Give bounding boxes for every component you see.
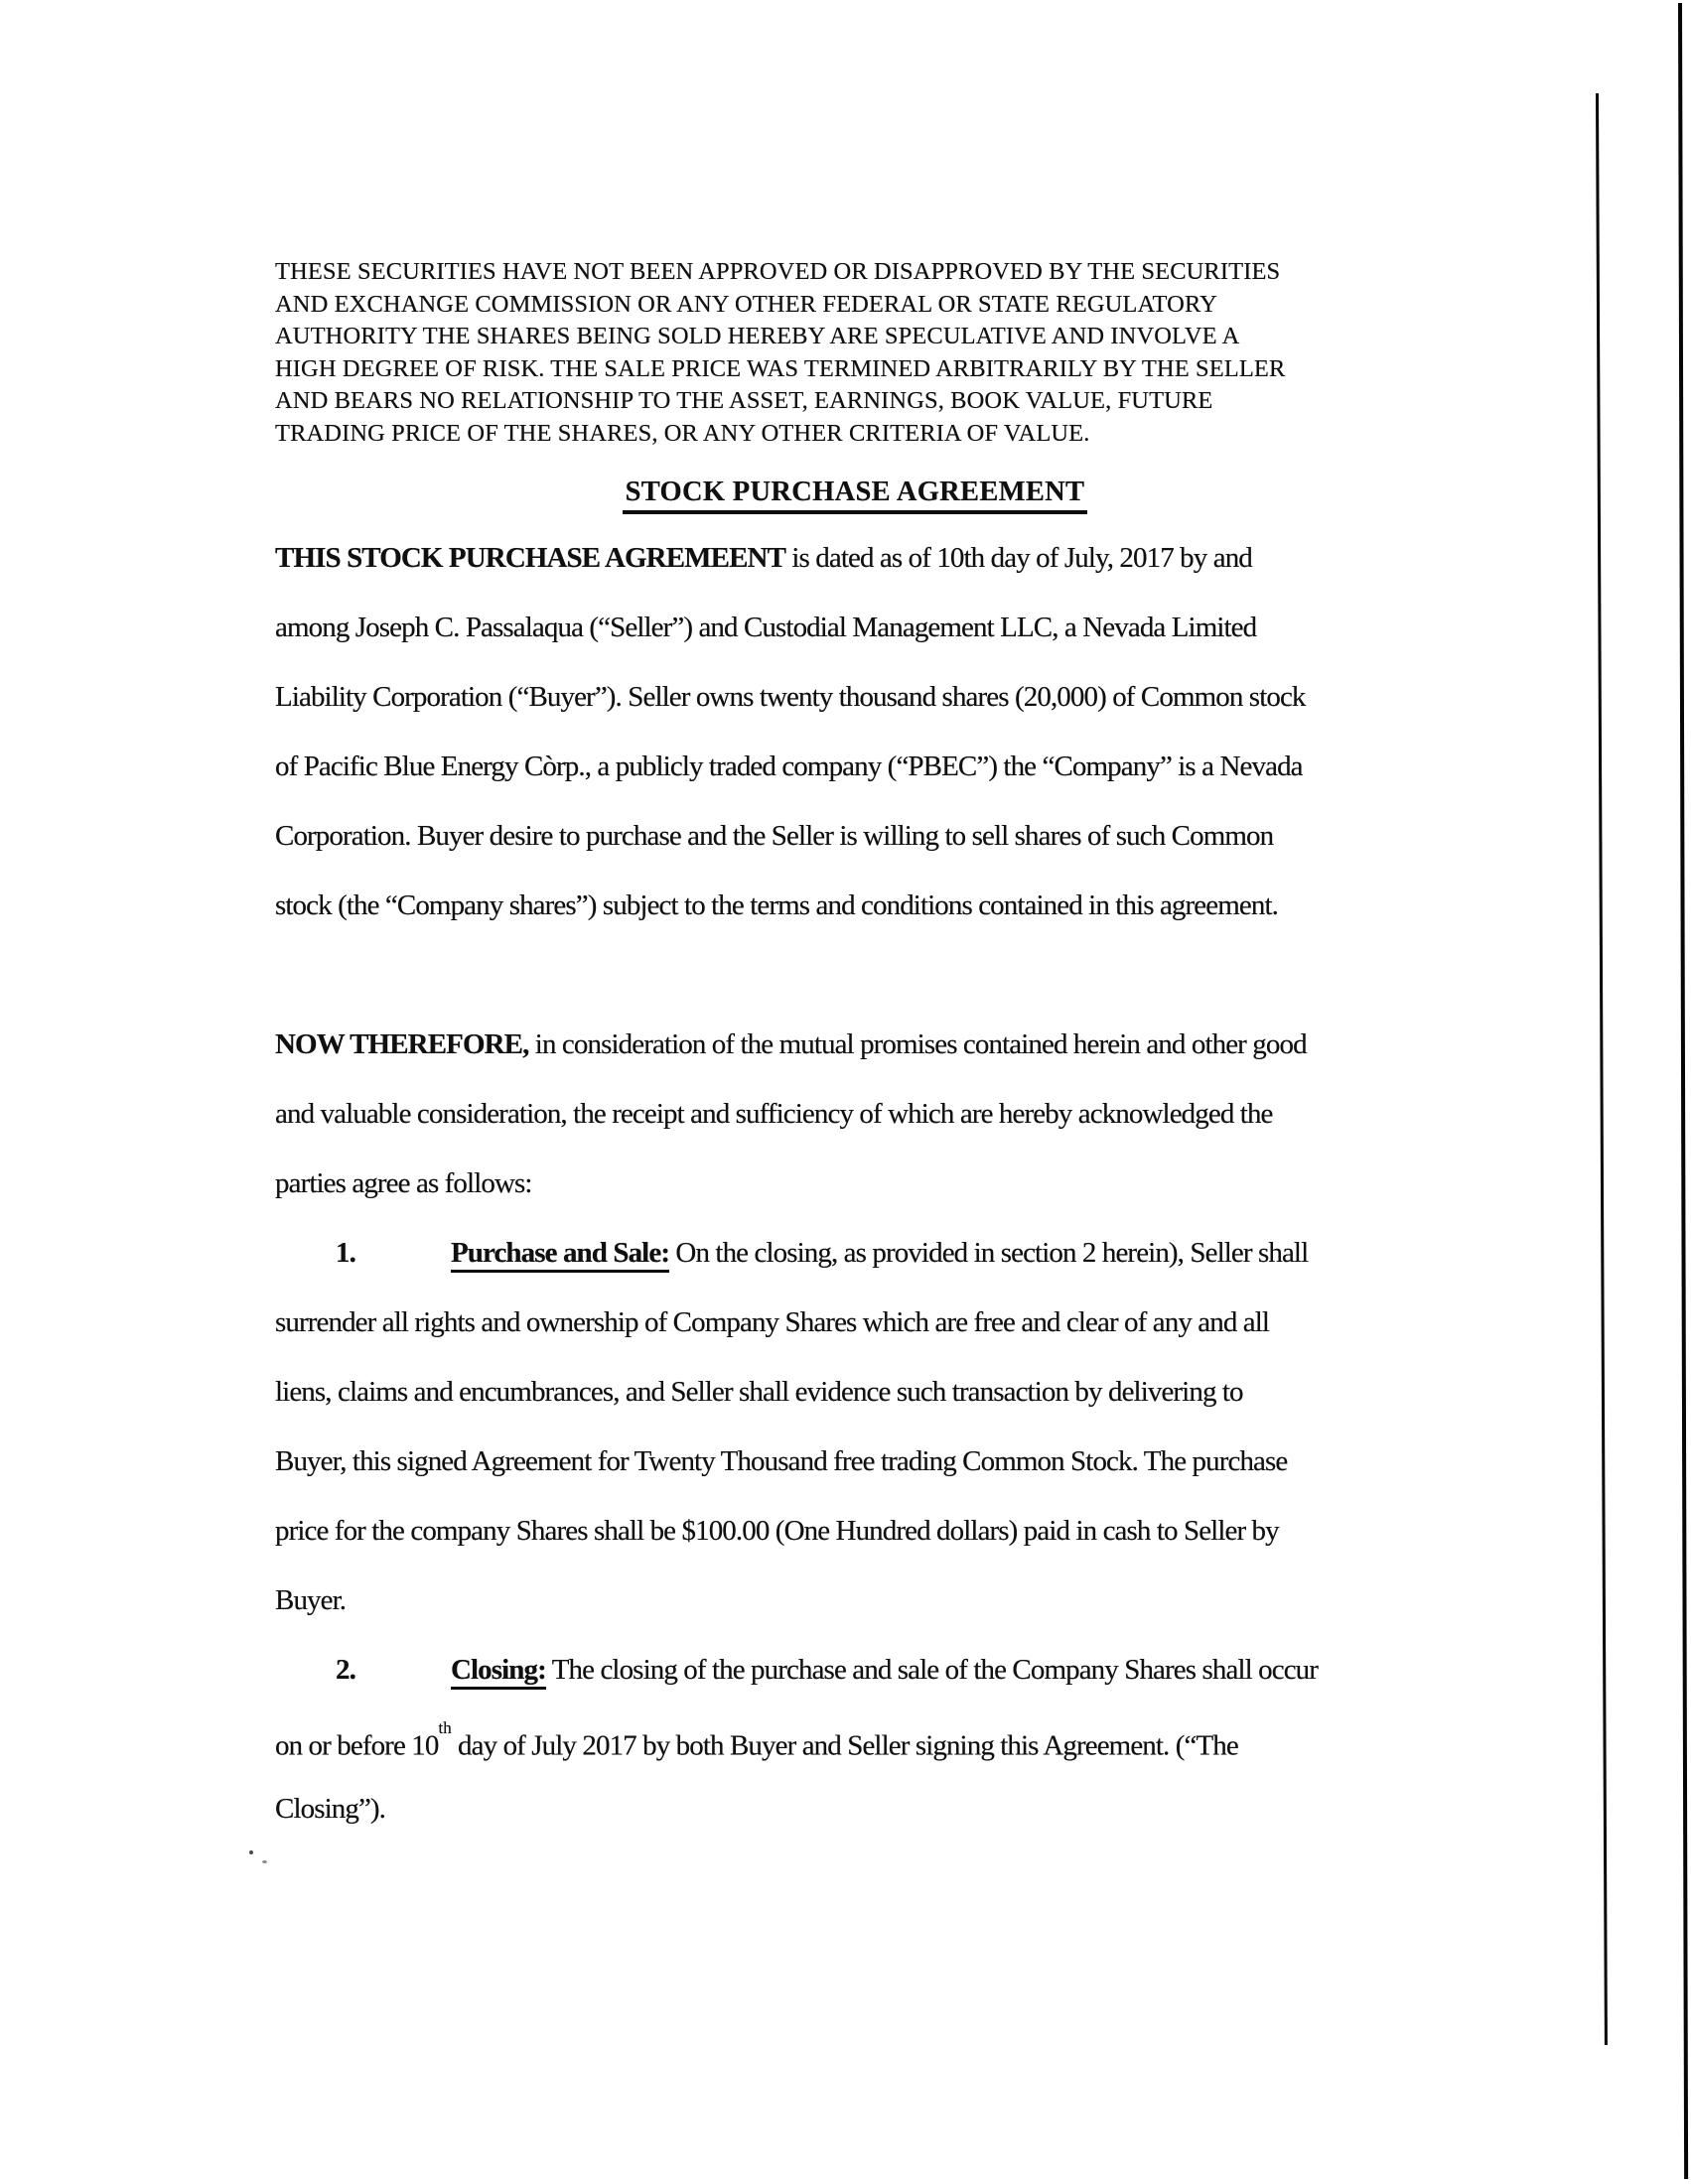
section2-line: Closing”). — [275, 1792, 1402, 1861]
intro-line: Corporation. Buyer desire to purchase an… — [275, 819, 1402, 888]
therefore-line: NOW THEREFORE, in consideration of the m… — [275, 1027, 1402, 1097]
section2-number: 2. — [336, 1654, 355, 1686]
section1-line: surrender all rights and ownership of Co… — [275, 1305, 1402, 1375]
disclaimer-line: AUTHORITY THE SHARES BEING SOLD HEREBY A… — [275, 321, 1417, 353]
scan-artifact-line-outer — [1678, 3, 1688, 2179]
section2-heading-line: 2.Closing: The closing of the purchase a… — [275, 1653, 1402, 1722]
section2-line-text: on or before 10 — [275, 1730, 438, 1762]
disclaimer-line: HIGH DEGREE OF RISK. THE SALE PRICE WAS … — [275, 353, 1417, 386]
section1-line: Buyer. — [275, 1583, 1402, 1653]
disclaimer-line: AND BEARS NO RELATIONSHIP TO THE ASSET, … — [275, 385, 1417, 418]
section1-line-text: On the closing, as provided in section 2… — [669, 1237, 1308, 1269]
section1-heading: Purchase and Sale: — [451, 1237, 669, 1273]
therefore-line: parties agree as follows: — [275, 1166, 1402, 1236]
intro-line: of Pacific Blue Energy Còrp., a publicly… — [275, 750, 1402, 819]
section2-line-text: day of July 2017 by both Buyer and Selle… — [452, 1730, 1238, 1762]
document-title: STOCK PURCHASE AGREEMENT — [623, 477, 1088, 514]
ink-speck — [249, 1850, 253, 1854]
intro-line: among Joseph C. Passalaqua (“Seller”) an… — [275, 611, 1402, 680]
disclaimer-line: AND EXCHANGE COMMISSION OR ANY OTHER FED… — [275, 289, 1417, 322]
blank-line — [275, 958, 1402, 1027]
intro-line-text: is dated as of 10th day of July, 2017 by… — [785, 542, 1252, 574]
section1-number: 1. — [336, 1237, 355, 1269]
section1-line: Buyer, this signed Agreement for Twenty … — [275, 1444, 1402, 1514]
title-row: STOCK PURCHASE AGREEMENT — [275, 477, 1397, 514]
section2-heading: Closing: — [451, 1654, 546, 1690]
section2-line: on or before 10th day of July 2017 by bo… — [275, 1722, 1402, 1792]
ink-speck — [262, 1860, 267, 1863]
document-body: THIS STOCK PURCHASE AGREMEENT is dated a… — [275, 541, 1402, 1861]
section2-line-text: The closing of the purchase and sale of … — [546, 1654, 1318, 1686]
intro-line: Liability Corporation (“Buyer”). Seller … — [275, 680, 1402, 750]
therefore-line: and valuable consideration, the receipt … — [275, 1097, 1402, 1166]
therefore-line-text: in consideration of the mutual promises … — [528, 1028, 1306, 1060]
scan-artifact-line-inner — [1596, 93, 1608, 2045]
intro-lead-bold: THIS STOCK PURCHASE AGREMEENT — [275, 542, 785, 574]
document-page: THESE SECURITIES HAVE NOT BEEN APPROVED … — [0, 0, 1691, 2184]
ordinal-superscript: th — [438, 1718, 451, 1737]
section1-line: price for the company Shares shall be $1… — [275, 1514, 1402, 1583]
securities-disclaimer: THESE SECURITIES HAVE NOT BEEN APPROVED … — [275, 256, 1417, 450]
intro-line: stock (the “Company shares”) subject to … — [275, 888, 1402, 958]
section1-heading-line: 1.Purchase and Sale: On the closing, as … — [275, 1236, 1402, 1305]
disclaimer-line: TRADING PRICE OF THE SHARES, OR ANY OTHE… — [275, 418, 1417, 451]
section1-line: liens, claims and encumbrances, and Sell… — [275, 1375, 1402, 1444]
intro-line: THIS STOCK PURCHASE AGREMEENT is dated a… — [275, 541, 1402, 611]
disclaimer-line: THESE SECURITIES HAVE NOT BEEN APPROVED … — [275, 256, 1417, 289]
therefore-lead-bold: NOW THEREFORE, — [275, 1028, 528, 1060]
